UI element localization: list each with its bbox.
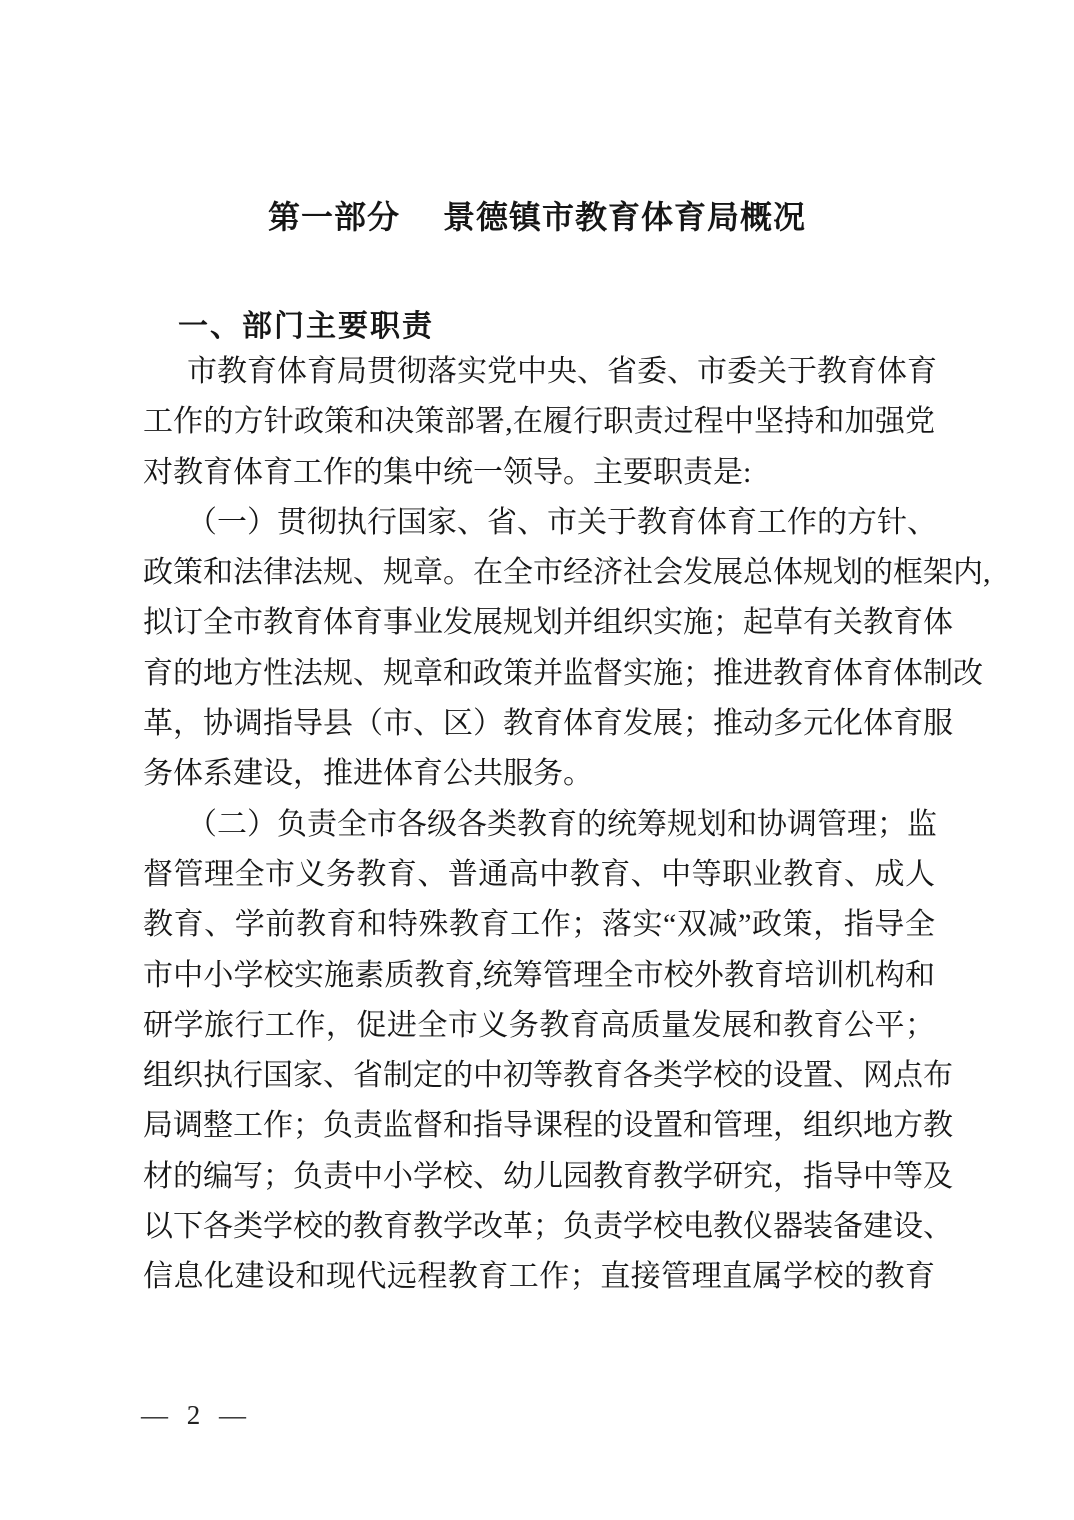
body-line: 局调整工作；负责监督和指导课程的设置和管理，组织地方教 xyxy=(143,1101,935,1151)
document-body: 市教育体育局贯彻落实党中央、省委、市委关于教育体育 工作的方针政策和决策部署,在… xyxy=(143,347,935,1303)
body-line: 市教育体育局贯彻落实党中央、省委、市委关于教育体育 xyxy=(143,347,935,397)
body-line: 材的编写；负责中小学校、幼儿园教育教学研究，指导中等及 xyxy=(143,1152,935,1202)
body-line: 革，协调指导县（市、区）教育体育发展；推动多元化体育服 xyxy=(143,699,935,749)
body-line: 工作的方针政策和决策部署,在履行职责过程中坚持和加强党 xyxy=(143,397,935,447)
body-line: 组织执行国家、省制定的中初等教育各类学校的设置、网点布 xyxy=(143,1051,935,1101)
body-line: 信息化建设和现代远程教育工作；直接管理直属学校的教育 xyxy=(143,1252,935,1302)
page-number: — 2 — xyxy=(141,1400,252,1431)
body-line: 以下各类学校的教育教学改革；负责学校电教仪器装备建设、 xyxy=(143,1202,935,1252)
body-line: 市中小学校实施素质教育,统筹管理全市校外教育培训机构和 xyxy=(143,951,935,1001)
page-title: 第一部分 景德镇市教育体育局概况 xyxy=(0,192,1074,238)
body-line: （二）负责全市各级各类教育的统筹规划和协调管理；监 xyxy=(143,800,935,850)
body-line: 政策和法律法规、规章。在全市经济社会发展总体规划的框架内, xyxy=(143,548,935,598)
body-line: 督管理全市义务教育、普通高中教育、中等职业教育、成人 xyxy=(143,850,935,900)
document-page: 第一部分 景德镇市教育体育局概况 一、部门主要职责 市教育体育局贯彻落实党中央、… xyxy=(0,0,1074,1520)
body-line: （一）贯彻执行国家、省、市关于教育体育工作的方针、 xyxy=(143,498,935,548)
body-line: 研学旅行工作，促进全市义务教育高质量发展和教育公平； xyxy=(143,1001,935,1051)
body-line: 对教育体育工作的集中统一领导。主要职责是: xyxy=(143,448,935,498)
section-heading: 一、部门主要职责 xyxy=(178,301,434,345)
body-line: 务体系建设，推进体育公共服务。 xyxy=(143,749,935,799)
body-line: 育的地方性法规、规章和政策并监督实施；推进教育体育体制改 xyxy=(143,649,935,699)
body-line: 教育、学前教育和特殊教育工作；落实“双减”政策，指导全 xyxy=(143,900,935,950)
body-line: 拟订全市教育体育事业发展规划并组织实施；起草有关教育体 xyxy=(143,598,935,648)
